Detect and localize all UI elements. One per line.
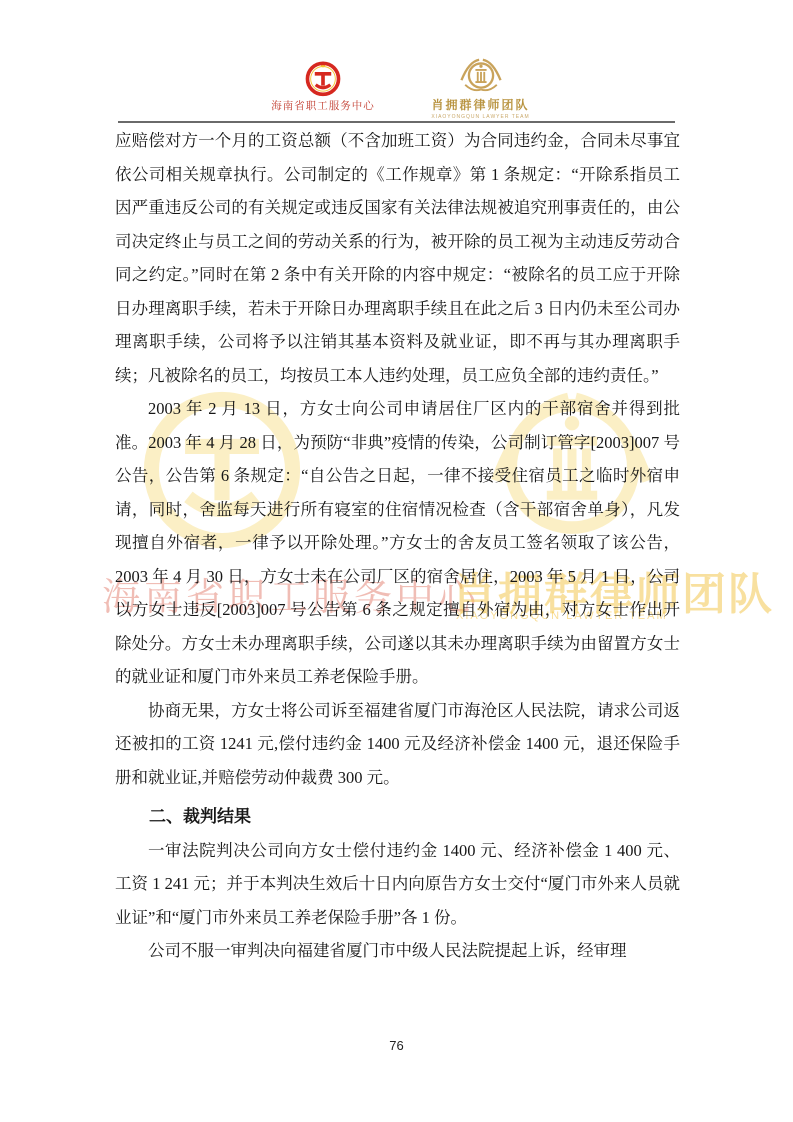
- left-logo: 海南省职工服务中心: [263, 56, 383, 113]
- lawyer-logo-icon: [453, 56, 509, 96]
- union-logo-icon: [300, 56, 346, 98]
- right-logo: 肖拥群律师团队 XIAOYONGQUN LAWYER TEAM: [408, 56, 553, 120]
- paragraph: 应赔偿对方一个月的工资总额（不含加班工资）为合同违约金，合同未尽事宜依公司相关规…: [115, 124, 680, 392]
- paragraph: 一审法院判决公司向方女士偿付违约金 1400 元、经济补偿金 1 400 元、工…: [115, 834, 680, 935]
- paragraph: 协商无果，方女士将公司诉至福建省厦门市海沧区人民法院，请求公司返还被扣的工资 1…: [115, 694, 680, 795]
- document-body: 应赔偿对方一个月的工资总额（不含加班工资）为合同违约金，合同未尽事宜依公司相关规…: [115, 124, 680, 968]
- paragraph: 公司不服一审判决向福建省厦门市中级人民法院提起上诉，经审理: [115, 934, 680, 968]
- paragraph: 2003 年 2 月 13 日，方女士向公司申请居住厂区内的干部宿舍并得到批准。…: [115, 392, 680, 694]
- page-number: 76: [0, 1038, 793, 1053]
- right-logo-caption: XIAOYONGQUN LAWYER TEAM: [408, 114, 553, 120]
- header-divider: [118, 121, 675, 123]
- section-heading: 二、裁判结果: [115, 800, 680, 834]
- left-logo-label: 海南省职工服务中心: [263, 98, 383, 113]
- right-logo-label: 肖拥群律师团队: [408, 96, 553, 113]
- document-page: 海南省职工服务中心 肖拥群律师团队 XIAOYONGQUN LAWYER TEA…: [0, 0, 793, 1122]
